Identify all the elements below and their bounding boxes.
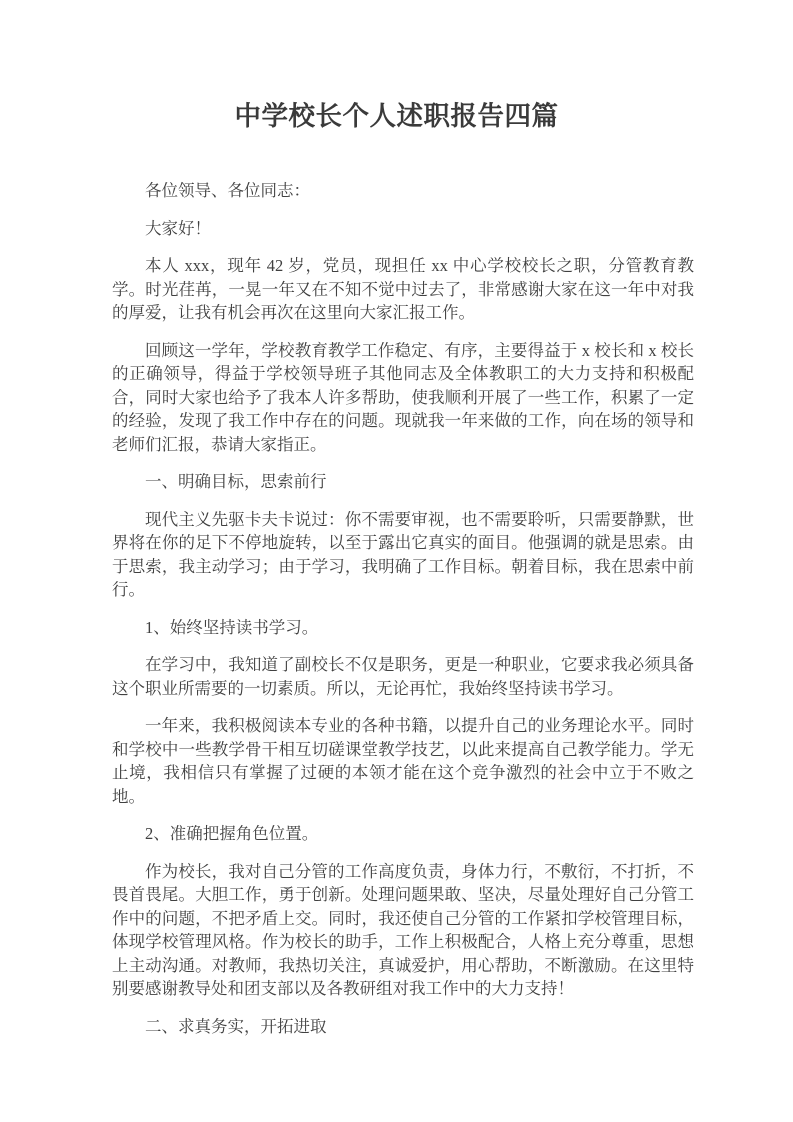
paragraph: 一、明确目标，思索前行 [112,470,694,494]
paragraph: 作为校长，我对自己分管的工作高度负责，身体力行，不敷衍，不打折，不畏首畏尾。大胆… [112,860,694,1001]
paragraph: 在学习中，我知道了副校长不仅是职务，更是一种职业，它要求我必须具备这个职业所需要… [112,653,694,700]
paragraph: 大家好！ [112,217,694,241]
document-title: 中学校长个人述职报告四篇 [0,0,793,136]
document-body: 各位领导、各位同志：大家好！本人 xxx，现年 42 岁，党员，现担任 xx 中… [0,179,694,1038]
paragraph: 各位领导、各位同志： [112,179,694,203]
paragraph: 二、求真务实，开拓进取 [112,1015,694,1039]
paragraph: 本人 xxx，现年 42 岁，党员，现担任 xx 中心学校校长之职，分管教育教学… [112,254,694,325]
document-page: 中学校长个人述职报告四篇 各位领导、各位同志：大家好！本人 xxx，现年 42 … [0,0,793,1122]
paragraph: 2、准确把握角色位置。 [112,822,694,846]
paragraph: 回顾这一学年，学校教育教学工作稳定、有序，主要得益于 x 校长和 x 校长的正确… [112,339,694,457]
paragraph: 1、始终坚持读书学习。 [112,616,694,640]
paragraph: 现代主义先驱卡夫卡说过：你不需要审视，也不需要聆听，只需要静默，世界将在你的足下… [112,508,694,602]
paragraph: 一年来，我积极阅读本专业的各种书籍，以提升自己的业务理论水平。同时和学校中一些教… [112,714,694,808]
